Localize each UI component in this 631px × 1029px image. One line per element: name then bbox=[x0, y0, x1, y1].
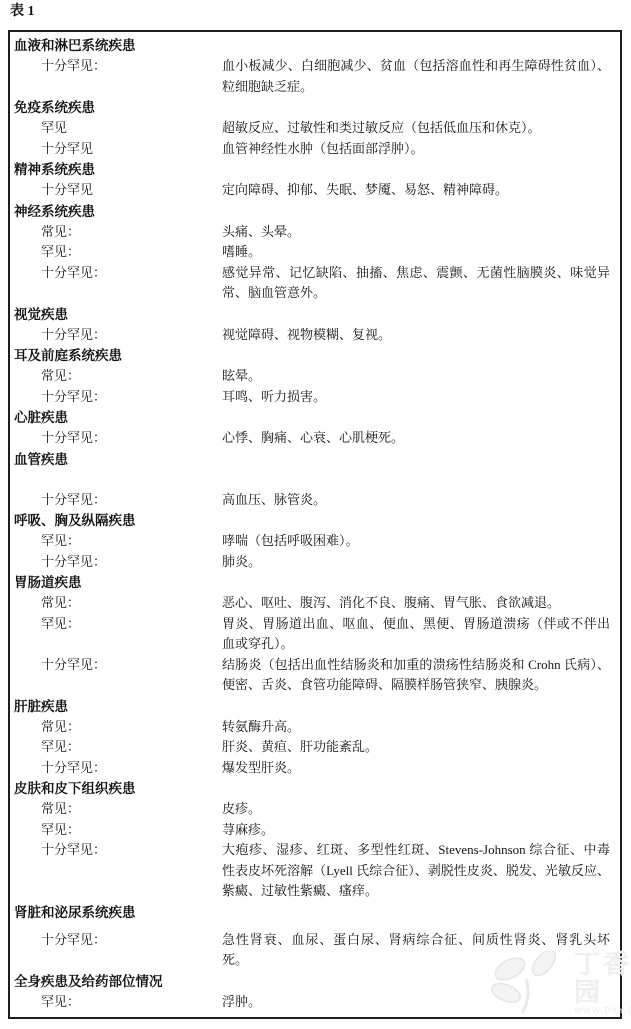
table-row: 罕见：荨麻疹。 bbox=[10, 820, 620, 841]
table-row: 罕见：肝炎、黄疸、肝功能紊乱。 bbox=[10, 737, 620, 758]
reactions-text: 恶心、呕吐、腹泻、消化不良、腹痛、胃气胀、食欲减退。 bbox=[222, 593, 620, 614]
table-section: 呼吸、胸及纵隔疾患罕见：哮喘（包括呼吸困难）。十分罕见：肺炎。 bbox=[10, 510, 620, 572]
frequency-label: 罕见： bbox=[10, 992, 222, 1013]
frequency-label: 十分罕见： bbox=[10, 552, 222, 573]
reactions-text: 肝炎、黄疸、肝功能紊乱。 bbox=[222, 737, 620, 758]
frequency-label: 罕见： bbox=[10, 531, 222, 552]
table-section: 心脏疾患十分罕见：心悸、胸痛、心衰、心肌梗死。 bbox=[10, 407, 620, 449]
table-row: 常见：头痛、头晕。 bbox=[10, 222, 620, 243]
frequency-label: 十分罕见： bbox=[10, 387, 222, 408]
frequency-label: 十分罕见 bbox=[10, 180, 222, 201]
table-row: 罕见：浮肿。 bbox=[10, 992, 620, 1013]
reactions-text: 肺炎。 bbox=[222, 552, 620, 573]
frequency-label: 常见： bbox=[10, 222, 222, 243]
table-row: 十分罕见血管神经性水肿（包括面部浮肿）。 bbox=[10, 139, 620, 160]
frequency-label: 十分罕见： bbox=[10, 56, 222, 97]
table-row: 十分罕见：耳鸣、听力损害。 bbox=[10, 387, 620, 408]
reactions-text: 胃炎、胃肠道出血、呕血、便血、黑便、胃肠道溃疡（伴或不伴出血或穿孔）。 bbox=[222, 614, 620, 655]
reactions-text: 浮肿。 bbox=[222, 992, 620, 1013]
section-title: 胃肠道疾患 bbox=[10, 572, 620, 593]
reactions-text: 耳鸣、听力损害。 bbox=[222, 387, 620, 408]
table-row: 常见：恶心、呕吐、腹泻、消化不良、腹痛、胃气胀、食欲减退。 bbox=[10, 593, 620, 614]
frequency-label: 十分罕见： bbox=[10, 263, 222, 304]
table-row: 十分罕见：结肠炎（包括出血性结肠炎和加重的溃疡性结肠炎和 Crohn 氏病）、便… bbox=[10, 655, 620, 696]
frequency-label: 十分罕见： bbox=[10, 758, 222, 779]
frequency-label: 十分罕见： bbox=[10, 490, 222, 511]
table-row: 罕见：嗜睡。 bbox=[10, 242, 620, 263]
document-page: 表 1 血液和淋巴系统疾患十分罕见：血小板减少、白细胞减少、贫血（包括溶血性和再… bbox=[0, 0, 631, 1029]
reactions-text: 爆发型肝炎。 bbox=[222, 758, 620, 779]
table-section: 肝脏疾患常见：转氨酶升高。罕见：肝炎、黄疸、肝功能紊乱。十分罕见：爆发型肝炎。 bbox=[10, 696, 620, 779]
reactions-text: 哮喘（包括呼吸困难）。 bbox=[222, 531, 620, 552]
reactions-text: 结肠炎（包括出血性结肠炎和加重的溃疡性结肠炎和 Crohn 氏病）、便密、舌炎、… bbox=[222, 655, 620, 696]
table-section: 视觉疾患十分罕见：视觉障碍、视物模糊、复视。 bbox=[10, 304, 620, 346]
section-title: 血液和淋巴系统疾患 bbox=[10, 35, 620, 56]
table-row: 常见：眩晕。 bbox=[10, 366, 620, 387]
reactions-text: 感觉异常、记忆缺陷、抽搐、焦虑、震颤、无菌性脑膜炎、味觉异常、脑血管意外。 bbox=[222, 263, 620, 304]
reactions-text: 血小板减少、白细胞减少、贫血（包括溶血性和再生障碍性贫血）、粒细胞缺乏症。 bbox=[222, 56, 620, 97]
table-row: 十分罕见定向障碍、抑郁、失眠、梦魇、易怒、精神障碍。 bbox=[10, 180, 620, 201]
table-row: 罕见：胃炎、胃肠道出血、呕血、便血、黑便、胃肠道溃疡（伴或不伴出血或穿孔）。 bbox=[10, 614, 620, 655]
table-row: 十分罕见：大疱疹、湿疹、红斑、多型性红斑、Stevens-Johnson 综合征… bbox=[10, 840, 620, 902]
table-section: 免疫系统疾患罕见超敏反应、过敏性和类过敏反应（包括低血压和休克）。十分罕见血管神… bbox=[10, 97, 620, 159]
table-section: 耳及前庭系统疾患常见：眩晕。十分罕见：耳鸣、听力损害。 bbox=[10, 345, 620, 407]
section-title: 神经系统疾患 bbox=[10, 201, 620, 222]
table-section: 血管疾患十分罕见：高血压、脉管炎。 bbox=[10, 449, 620, 511]
reactions-text: 皮疹。 bbox=[222, 799, 620, 820]
section-title: 心脏疾患 bbox=[10, 407, 620, 428]
reactions-text: 嗜睡。 bbox=[222, 242, 620, 263]
frequency-label: 十分罕见： bbox=[10, 428, 222, 449]
reactions-text: 心悸、胸痛、心衰、心肌梗死。 bbox=[222, 428, 620, 449]
section-title: 全身疾患及给药部位情况 bbox=[10, 971, 620, 992]
reactions-text: 大疱疹、湿疹、红斑、多型性红斑、Stevens-Johnson 综合征、中毒性表… bbox=[222, 840, 620, 902]
frequency-label: 罕见： bbox=[10, 820, 222, 841]
frequency-label: 十分罕见： bbox=[10, 930, 222, 971]
frequency-label: 常见： bbox=[10, 593, 222, 614]
frequency-label: 常见： bbox=[10, 799, 222, 820]
section-title: 肾脏和泌尿系统疾患 bbox=[10, 902, 620, 923]
table-row: 常见：皮疹。 bbox=[10, 799, 620, 820]
section-title: 免疫系统疾患 bbox=[10, 97, 620, 118]
table-row: 罕见超敏反应、过敏性和类过敏反应（包括低血压和休克）。 bbox=[10, 118, 620, 139]
reactions-text: 超敏反应、过敏性和类过敏反应（包括低血压和休克）。 bbox=[222, 118, 620, 139]
reactions-text: 视觉障碍、视物模糊、复视。 bbox=[222, 325, 620, 346]
frequency-label: 十分罕见： bbox=[10, 840, 222, 902]
section-title: 精神系统疾患 bbox=[10, 159, 620, 180]
table-row: 十分罕见：急性肾衰、血尿、蛋白尿、肾病综合征、间质性肾炎、肾乳头坏死。 bbox=[10, 930, 620, 971]
table-row: 十分罕见：视觉障碍、视物模糊、复视。 bbox=[10, 325, 620, 346]
table-section: 全身疾患及给药部位情况罕见：浮肿。 bbox=[10, 971, 620, 1013]
table-row: 十分罕见：爆发型肝炎。 bbox=[10, 758, 620, 779]
reactions-text: 血管神经性水肿（包括面部浮肿）。 bbox=[222, 139, 620, 160]
table-row: 十分罕见：心悸、胸痛、心衰、心肌梗死。 bbox=[10, 428, 620, 449]
section-title: 呼吸、胸及纵隔疾患 bbox=[10, 510, 620, 531]
reactions-text: 急性肾衰、血尿、蛋白尿、肾病综合征、间质性肾炎、肾乳头坏死。 bbox=[222, 930, 620, 971]
reactions-text: 定向障碍、抑郁、失眠、梦魇、易怒、精神障碍。 bbox=[222, 180, 620, 201]
empty-row-spacer bbox=[10, 923, 620, 930]
table-caption: 表 1 bbox=[10, 3, 35, 21]
table-section: 血液和淋巴系统疾患十分罕见：血小板减少、白细胞减少、贫血（包括溶血性和再生障碍性… bbox=[10, 35, 620, 97]
frequency-label: 十分罕见： bbox=[10, 655, 222, 696]
reactions-text: 眩晕。 bbox=[222, 366, 620, 387]
table-row: 十分罕见：高血压、脉管炎。 bbox=[10, 490, 620, 511]
reactions-text: 高血压、脉管炎。 bbox=[222, 490, 620, 511]
frequency-label: 罕见： bbox=[10, 737, 222, 758]
frequency-label: 罕见 bbox=[10, 118, 222, 139]
table-row: 常见：转氨酶升高。 bbox=[10, 717, 620, 738]
table-row: 十分罕见：血小板减少、白细胞减少、贫血（包括溶血性和再生障碍性贫血）、粒细胞缺乏… bbox=[10, 56, 620, 97]
frequency-label: 罕见： bbox=[10, 614, 222, 655]
reactions-text: 荨麻疹。 bbox=[222, 820, 620, 841]
table-row: 十分罕见：感觉异常、记忆缺陷、抽搐、焦虑、震颤、无菌性脑膜炎、味觉异常、脑血管意… bbox=[10, 263, 620, 304]
adverse-reactions-table: 血液和淋巴系统疾患十分罕见：血小板减少、白细胞减少、贫血（包括溶血性和再生障碍性… bbox=[8, 30, 622, 1019]
table-section: 肾脏和泌尿系统疾患十分罕见：急性肾衰、血尿、蛋白尿、肾病综合征、间质性肾炎、肾乳… bbox=[10, 902, 620, 971]
frequency-label: 十分罕见： bbox=[10, 325, 222, 346]
section-title: 血管疾患 bbox=[10, 449, 620, 470]
table-section: 胃肠道疾患常见：恶心、呕吐、腹泻、消化不良、腹痛、胃气胀、食欲减退。罕见：胃炎、… bbox=[10, 572, 620, 696]
table-row: 十分罕见：肺炎。 bbox=[10, 552, 620, 573]
table-section: 皮肤和皮下组织疾患常见：皮疹。罕见：荨麻疹。十分罕见：大疱疹、湿疹、红斑、多型性… bbox=[10, 778, 620, 902]
table-section: 精神系统疾患十分罕见定向障碍、抑郁、失眠、梦魇、易怒、精神障碍。 bbox=[10, 159, 620, 201]
section-title: 视觉疾患 bbox=[10, 304, 620, 325]
frequency-label: 常见： bbox=[10, 366, 222, 387]
empty-row-spacer bbox=[10, 470, 620, 490]
section-title: 耳及前庭系统疾患 bbox=[10, 345, 620, 366]
table-row: 罕见：哮喘（包括呼吸困难）。 bbox=[10, 531, 620, 552]
frequency-label: 常见： bbox=[10, 717, 222, 738]
frequency-label: 十分罕见 bbox=[10, 139, 222, 160]
section-title: 肝脏疾患 bbox=[10, 696, 620, 717]
reactions-text: 头痛、头晕。 bbox=[222, 222, 620, 243]
reactions-text: 转氨酶升高。 bbox=[222, 717, 620, 738]
section-title: 皮肤和皮下组织疾患 bbox=[10, 778, 620, 799]
table-section: 神经系统疾患常见：头痛、头晕。罕见：嗜睡。十分罕见：感觉异常、记忆缺陷、抽搐、焦… bbox=[10, 201, 620, 304]
frequency-label: 罕见： bbox=[10, 242, 222, 263]
